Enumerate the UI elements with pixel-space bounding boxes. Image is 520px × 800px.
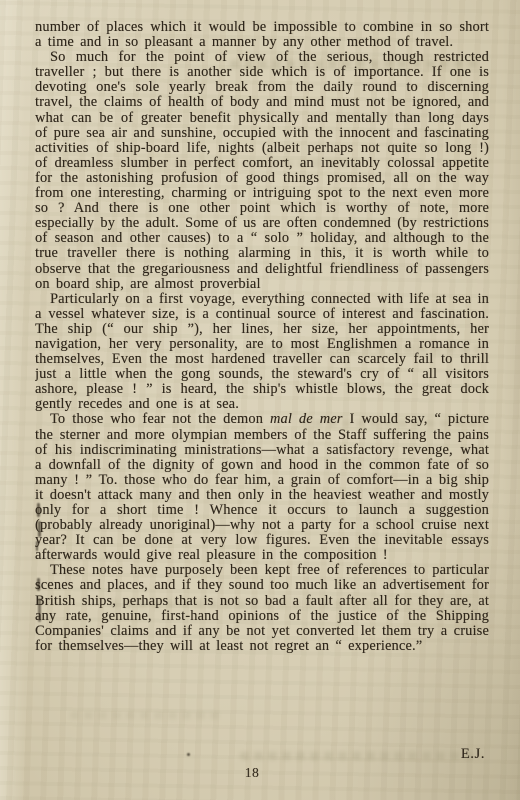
text-run: number of places which it would be impos… — [35, 20, 489, 50]
book-page: number of places which it would be impos… — [0, 0, 520, 800]
paragraph: To those who fear not the demon mal de m… — [35, 412, 489, 563]
text-run: I would say, “ picture the sterner and m… — [35, 411, 489, 563]
paragraph: Particularly on a first voyage, everythi… — [35, 292, 489, 413]
text-run: Particularly on a first voyage, everythi… — [35, 291, 489, 413]
paragraph: number of places which it would be impos… — [35, 20, 489, 50]
text-run: So much for the point of view of the ser… — [35, 49, 489, 291]
paragraph: So much for the point of view of the ser… — [35, 50, 489, 292]
italic-phrase: mal de mer — [270, 411, 343, 427]
text-run: To those who fear not the demon — [50, 411, 270, 427]
text-block: number of places which it would be impos… — [35, 20, 489, 747]
page-number: 18 — [35, 765, 469, 781]
text-run: These notes have purposely been kept fre… — [35, 562, 489, 653]
author-initials: E.J. — [35, 746, 485, 763]
paragraphs-container: number of places which it would be impos… — [35, 20, 489, 654]
paragraph: These notes have purposely been kept fre… — [35, 563, 489, 654]
